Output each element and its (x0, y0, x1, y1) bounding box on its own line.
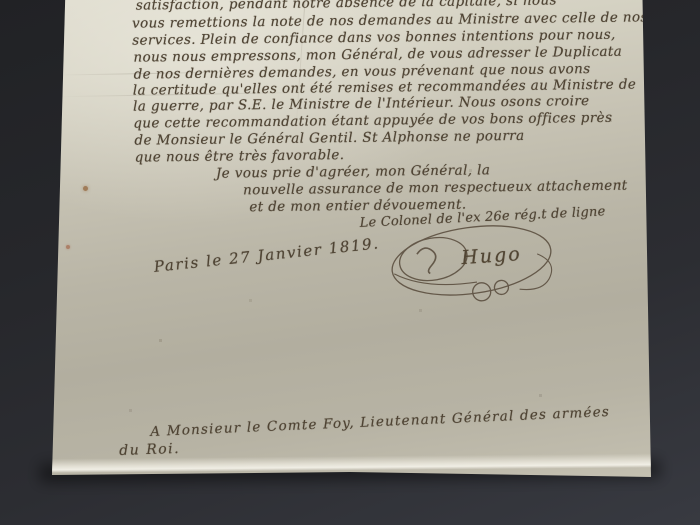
paper-speckles (0, 0, 1, 1)
letter-paper: satisfaction, pendant notre absence de l… (0, 0, 700, 525)
handwritten-text-block: satisfaction, pendant notre absence de l… (0, 0, 700, 525)
photo-background: satisfaction, pendant notre absence de l… (0, 0, 700, 525)
closing-line: Je vous prie d'agréer, mon Général, la (216, 162, 491, 181)
signature-name: Hugo (461, 243, 523, 269)
letter-line: que nous être très favorable. (135, 147, 345, 166)
closing-line: nouvelle assurance de mon respectueux at… (243, 178, 628, 199)
letter-line: de Monsieur le Général Gentil. St Alphon… (134, 128, 524, 149)
signature-block: Hugo (385, 214, 571, 321)
address-line: du Roi. (119, 441, 180, 459)
